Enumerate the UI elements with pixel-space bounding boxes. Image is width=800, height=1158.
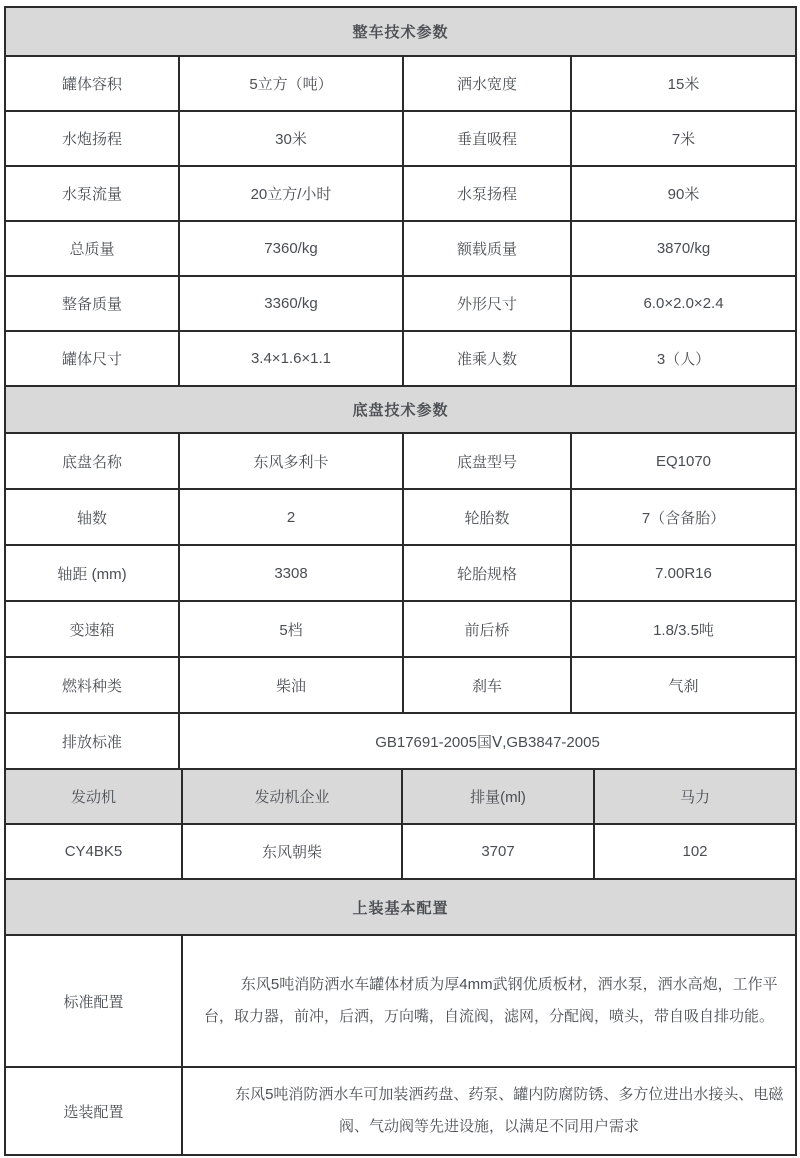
param-label: 刹车 [403,657,571,713]
engine-manufacturer-value: 东风朝柴 [182,824,402,879]
param-value: 3360/kg [179,276,403,331]
chassis-section-title: 底盘技术参数 [5,386,796,433]
emission-standard-value: GB17691-2005国Ⅴ,GB3847-2005 [179,713,796,769]
vehicle-chassis-table: 整车技术参数 罐体容积 5立方（吨） 洒水宽度 15米 水炮扬程 30米 垂直吸… [4,6,797,770]
param-value: 2 [179,489,403,545]
param-value: EQ1070 [571,433,796,489]
param-value: 5立方（吨） [179,56,403,111]
engine-model-value: CY4BK5 [5,824,182,879]
param-label: 垂直吸程 [403,111,571,166]
spec-row: 罐体容积 5立方（吨） 洒水宽度 15米 [5,56,796,111]
emission-row: 排放标准 GB17691-2005国Ⅴ,GB3847-2005 [5,713,796,769]
spec-row: 燃料种类 柴油 刹车 气刹 [5,657,796,713]
param-value: 气刹 [571,657,796,713]
param-value: 东风多利卡 [179,433,403,489]
param-label: 变速箱 [5,601,179,657]
param-value: 20立方/小时 [179,166,403,221]
param-value: 5档 [179,601,403,657]
param-label: 轴距 (mm) [5,545,179,601]
equipment-table: 上装基本配置 标准配置 东风5吨消防洒水车罐体材质为厚4mm武钢优质板材，洒水泵… [4,878,797,1156]
engine-data-row: CY4BK5 东风朝柴 3707 102 [5,824,796,879]
param-label: 额载质量 [403,221,571,276]
param-value: 1.8/3.5吨 [571,601,796,657]
param-value: 柴油 [179,657,403,713]
engine-header-displacement: 排量(ml) [402,769,594,824]
param-label: 排放标准 [5,713,179,769]
param-label: 洒水宽度 [403,56,571,111]
config-label: 标准配置 [5,935,182,1067]
spec-row: 变速箱 5档 前后桥 1.8/3.5吨 [5,601,796,657]
param-label: 前后桥 [403,601,571,657]
spec-row: 总质量 7360/kg 额载质量 3870/kg [5,221,796,276]
engine-header-manufacturer: 发动机企业 [182,769,402,824]
standard-config-text: 东风5吨消防洒水车罐体材质为厚4mm武钢优质板材，洒水泵，洒水高炮，工作平台，取… [182,935,796,1067]
optional-config-text: 东风5吨消防洒水车可加装洒药盘、药泵、罐内防腐防锈、多方位进出水接头、电磁阀、气… [182,1067,796,1155]
param-value: 3.4×1.6×1.1 [179,331,403,386]
param-label: 轴数 [5,489,179,545]
spec-row: 水炮扬程 30米 垂直吸程 7米 [5,111,796,166]
engine-header-horsepower: 马力 [594,769,796,824]
engine-displacement-value: 3707 [402,824,594,879]
spec-row: 水泵流量 20立方/小时 水泵扬程 90米 [5,166,796,221]
param-label: 底盘型号 [403,433,571,489]
equipment-section-title: 上装基本配置 [5,879,796,935]
param-value: 30米 [179,111,403,166]
param-value: 7360/kg [179,221,403,276]
param-value: 3（人） [571,331,796,386]
section-header-chassis: 底盘技术参数 [5,386,796,433]
param-value: 90米 [571,166,796,221]
engine-header-row: 发动机 发动机企业 排量(ml) 马力 [5,769,796,824]
param-value: 7.00R16 [571,545,796,601]
vehicle-section-title: 整车技术参数 [5,7,796,56]
param-label: 水泵流量 [5,166,179,221]
spec-row: 轴距 (mm) 3308 轮胎规格 7.00R16 [5,545,796,601]
param-value: 3308 [179,545,403,601]
param-label: 罐体容积 [5,56,179,111]
param-value: 3870/kg [571,221,796,276]
param-label: 整备质量 [5,276,179,331]
param-label: 水炮扬程 [5,111,179,166]
param-label: 轮胎规格 [403,545,571,601]
engine-header-model: 发动机 [5,769,182,824]
standard-config-row: 标准配置 东风5吨消防洒水车罐体材质为厚4mm武钢优质板材，洒水泵，洒水高炮，工… [5,935,796,1067]
spec-row: 罐体尺寸 3.4×1.6×1.1 准乘人数 3（人） [5,331,796,386]
param-label: 水泵扬程 [403,166,571,221]
spec-row: 底盘名称 东风多利卡 底盘型号 EQ1070 [5,433,796,489]
param-value: 15米 [571,56,796,111]
param-label: 罐体尺寸 [5,331,179,386]
param-value: 6.0×2.0×2.4 [571,276,796,331]
config-label: 选装配置 [5,1067,182,1155]
engine-table: 发动机 发动机企业 排量(ml) 马力 CY4BK5 东风朝柴 3707 102 [4,768,797,880]
section-header-vehicle: 整车技术参数 [5,7,796,56]
param-label: 轮胎数 [403,489,571,545]
param-label: 燃料种类 [5,657,179,713]
optional-config-row: 选装配置 东风5吨消防洒水车可加装洒药盘、药泵、罐内防腐防锈、多方位进出水接头、… [5,1067,796,1155]
param-label: 外形尺寸 [403,276,571,331]
param-label: 总质量 [5,221,179,276]
section-header-equipment: 上装基本配置 [5,879,796,935]
engine-horsepower-value: 102 [594,824,796,879]
param-label: 底盘名称 [5,433,179,489]
spec-row: 整备质量 3360/kg 外形尺寸 6.0×2.0×2.4 [5,276,796,331]
param-value: 7（含备胎） [571,489,796,545]
param-label: 准乘人数 [403,331,571,386]
param-value: 7米 [571,111,796,166]
spec-sheet: 整车技术参数 罐体容积 5立方（吨） 洒水宽度 15米 水炮扬程 30米 垂直吸… [4,6,795,1156]
spec-row: 轴数 2 轮胎数 7（含备胎） [5,489,796,545]
